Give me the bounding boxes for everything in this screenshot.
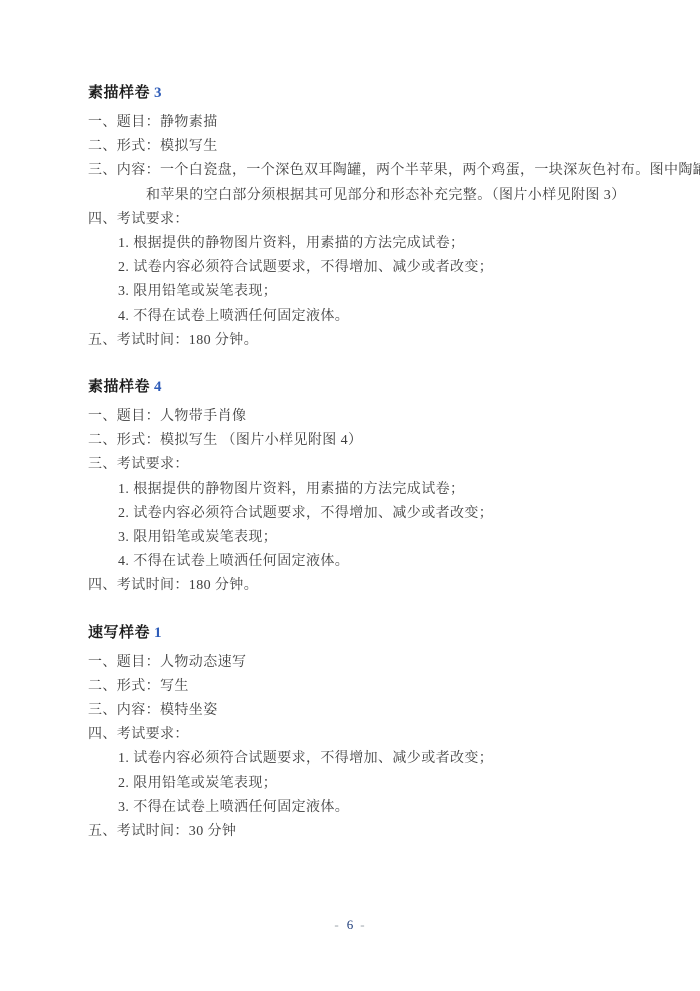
document-page: 素描样卷3 一、题目：静物素描 二、形式：模拟写生 三、内容：一个白瓷盘，一个深… — [0, 0, 700, 991]
list-item-continuation: 和苹果的空白部分须根据其可见部分和形态补充完整。（图片小样见附图 3） — [88, 184, 650, 208]
list-item: 一、题目：静物素描 — [88, 111, 650, 135]
section-heading: 素描样卷3 — [88, 80, 650, 106]
section-heading-title: 素描样卷 — [88, 84, 150, 101]
section-heading-title: 速写样卷 — [88, 624, 150, 641]
list-item: 三、内容：模特坐姿 — [88, 699, 650, 723]
list-subitem: 2. 限用铅笔或炭笔表现； — [88, 772, 650, 796]
section-heading-title: 素描样卷 — [88, 378, 150, 395]
list-item: 五、考试时间：180 分钟。 — [88, 329, 650, 353]
section-quicksketch-sample-1: 速写样卷1 一、题目：人物动态速写 二、形式：写生 三、内容：模特坐姿 四、考试… — [88, 620, 650, 845]
section-heading-number: 1 — [154, 625, 162, 641]
list-item: 二、形式：写生 — [88, 675, 650, 699]
section-heading: 速写样卷1 — [88, 620, 650, 646]
footer-dash-right: - — [360, 917, 365, 932]
list-subitem: 3. 不得在试卷上喷洒任何固定液体。 — [88, 796, 650, 820]
list-subitem: 1. 试卷内容必须符合试题要求，不得增加、减少或者改变； — [88, 747, 650, 771]
list-item: 二、形式：模拟写生 — [88, 135, 650, 159]
list-item: 三、考试要求： — [88, 453, 650, 477]
section-heading-number: 4 — [154, 379, 162, 395]
list-item: 四、考试要求： — [88, 723, 650, 747]
list-item: 五、考试时间：30 分钟 — [88, 820, 650, 844]
list-subitem: 1. 根据提供的静物图片资料，用素描的方法完成试卷； — [88, 478, 650, 502]
list-subitem: 3. 限用铅笔或炭笔表现； — [88, 280, 650, 304]
list-subitem: 1. 根据提供的静物图片资料，用素描的方法完成试卷； — [88, 232, 650, 256]
section-sketch-sample-3: 素描样卷3 一、题目：静物素描 二、形式：模拟写生 三、内容：一个白瓷盘，一个深… — [88, 80, 650, 353]
list-subitem: 3. 限用铅笔或炭笔表现； — [88, 526, 650, 550]
list-subitem: 4. 不得在试卷上喷洒任何固定液体。 — [88, 550, 650, 574]
section-heading: 素描样卷4 — [88, 374, 650, 400]
list-item: 四、考试时间：180 分钟。 — [88, 574, 650, 598]
list-item: 一、题目：人物动态速写 — [88, 651, 650, 675]
list-item: 一、题目：人物带手肖像 — [88, 405, 650, 429]
section-sketch-sample-4: 素描样卷4 一、题目：人物带手肖像 二、形式：模拟写生 （图片小样见附图 4） … — [88, 374, 650, 599]
list-item: 二、形式：模拟写生 （图片小样见附图 4） — [88, 429, 650, 453]
list-item: 三、内容：一个白瓷盘，一个深色双耳陶罐，两个半苹果，两个鸡蛋，一块深灰色衬布。图… — [88, 159, 650, 183]
list-item: 四、考试要求： — [88, 208, 650, 232]
list-subitem: 2. 试卷内容必须符合试题要求，不得增加、减少或者改变； — [88, 256, 650, 280]
list-subitem: 2. 试卷内容必须符合试题要求，不得增加、减少或者改变； — [88, 502, 650, 526]
list-subitem: 4. 不得在试卷上喷洒任何固定液体。 — [88, 305, 650, 329]
section-heading-number: 3 — [154, 85, 162, 101]
page-number: 6 — [347, 917, 354, 932]
footer-dash-left: - — [334, 917, 339, 932]
page-footer: -6- — [0, 915, 700, 935]
